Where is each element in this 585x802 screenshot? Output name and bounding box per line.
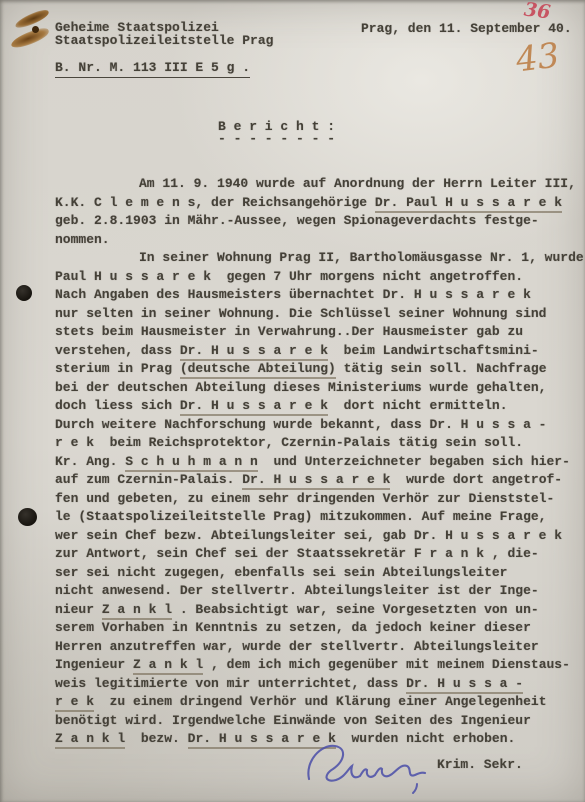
text-segment: , dem ich mich gegenüber mit meinem Dien… [203, 657, 570, 672]
document-line: nieur Z a n k l . Beabsichtigt war, sein… [55, 601, 584, 620]
text-segment: serem Vorhaben in Kenntnis zu setzen, da… [55, 620, 531, 635]
document-line: zur Antwort, sein Chef sei der Staatssek… [55, 545, 584, 564]
text-segment: doch liess sich [55, 398, 180, 413]
dateline: Prag, den 11. September 40. [361, 21, 572, 36]
text-segment: tätig sein soll. Nachfrage [336, 361, 547, 376]
text-segment: nieur [55, 602, 102, 617]
document-line: stets beim Hausmeister in Verwahrung..De… [55, 323, 584, 342]
text-segment: und Unterzeichneter begaben sich hier- [258, 454, 570, 469]
document-page: 36 43 Geheime Staatspolizei Staatspolize… [0, 0, 585, 802]
text-segment: nicht anwesend. Der stellvertr. Abteilun… [55, 583, 539, 598]
folio-number-ochre: 43 [514, 36, 562, 81]
reference-number: B. Nr. M. 113 III E 5 g . [55, 60, 250, 78]
document-line: verstehen, dass Dr. H u s s a r e k beim… [55, 342, 584, 361]
pencil-underlined-text: Dr. H u s s a r e k [180, 398, 328, 416]
punch-hole-top [16, 285, 32, 301]
document-line: nommen. [55, 231, 584, 250]
document-line: bei der deutschen Abteilung dieses Minis… [55, 379, 584, 398]
punch-hole-bottom [18, 508, 37, 526]
text-segment: Herren anzutreffen war, wurde der stellv… [55, 639, 539, 654]
text-segment: fen und gebeten, zu einem sehr dringende… [55, 491, 554, 506]
text-segment: In seiner Wohnung Prag II, Bartholomäusg… [139, 250, 584, 265]
document-line: le (Staatspolizeileitstelle Prag) mitzuk… [55, 508, 584, 527]
document-line: fen und gebeten, zu einem sehr dringende… [55, 490, 584, 509]
pencil-underlined-text: Dr. H u s s a r e k [180, 343, 328, 361]
text-segment: benötigt wird. Irgendwelche Einwände von… [55, 713, 531, 728]
report-title-underline: - - - - - - - - [218, 131, 335, 146]
text-segment: wurde dort angetrof- [390, 472, 562, 487]
document-line: serem Vorhaben in Kenntnis zu setzen, da… [55, 619, 584, 638]
document-line: doch liess sich Dr. H u s s a r e k dort… [55, 397, 584, 416]
text-segment: Paul H u s s a r e k gegen 7 Uhr morgens… [55, 269, 523, 284]
document-line: nicht anwesend. Der stellvertr. Abteilun… [55, 582, 584, 601]
pencil-underlined-text: Dr. H u s s a - [406, 676, 523, 694]
text-segment: verstehen, dass [55, 343, 180, 358]
text-segment: zur Antwort, sein Chef sei der Staatssek… [55, 546, 539, 561]
pencil-underlined-text: Z a n k l [55, 731, 125, 749]
document-line: wer sein Chef bezw. Abteilungsleiter sei… [55, 527, 584, 546]
text-segment: stets beim Hausmeister in Verwahrung..De… [55, 324, 523, 339]
document-line: Herren anzutreffen war, wurde der stellv… [55, 638, 584, 657]
text-segment: r e k beim Reichsprotektor, Czernin-Pala… [55, 435, 523, 450]
pencil-underlined-text: Dr. Paul H u s s a r e k [375, 195, 562, 213]
signer-rank-label: Krim. Sekr. [437, 757, 523, 772]
document-line: benötigt wird. Irgendwelche Einwände von… [55, 712, 584, 731]
document-line: Am 11. 9. 1940 wurde auf Anordnung der H… [55, 175, 584, 194]
text-segment: K.K. C l e m e n s, der Reichsangehörige [55, 195, 375, 210]
document-line: Durch weitere Nachforschung wurde bekann… [55, 416, 584, 435]
text-segment: bezw. [125, 731, 187, 746]
document-line: ser sei nicht zugegen, ebenfalls sei sei… [55, 564, 584, 583]
report-body: Am 11. 9. 1940 wurde auf Anordnung der H… [55, 175, 584, 749]
document-line: In seiner Wohnung Prag II, Bartholomäusg… [55, 249, 584, 268]
rust-stain-streak [9, 26, 51, 51]
text-segment: nommen. [55, 232, 110, 247]
text-segment: Kr. Ang. [55, 454, 125, 469]
document-line: geb. 2.8.1903 in Mähr.-Aussee, wegen Spi… [55, 212, 584, 231]
pencil-underlined-text: r e k [55, 694, 94, 712]
document-line: r e k beim Reichsprotektor, Czernin-Pala… [55, 434, 584, 453]
signature-handwritten [303, 739, 441, 797]
document-line: r e k zu einem dringend Verhör und Kläru… [55, 693, 584, 712]
rust-stain [6, 6, 58, 58]
text-segment: beim Landwirtschaftsmini- [328, 343, 539, 358]
text-segment: bei der deutschen Abteilung dieses Minis… [55, 380, 546, 395]
document-line: Paul H u s s a r e k gegen 7 Uhr morgens… [55, 268, 584, 287]
document-line: Nach Angaben des Hausmeisters übernachte… [55, 286, 584, 305]
text-segment: geb. 2.8.1903 in Mähr.-Aussee, wegen Spi… [55, 213, 539, 228]
pencil-underlined-text: Z a n k l [102, 602, 172, 620]
rust-stain-speck [32, 26, 39, 33]
text-segment: ser sei nicht zugegen, ebenfalls sei sei… [55, 565, 507, 580]
pencil-underlined-text: S c h u h m a n n [125, 454, 258, 472]
document-line: Kr. Ang. S c h u h m a n n und Unterzeic… [55, 453, 584, 472]
text-segment: nur selten in seiner Wohnung. Die Schlüs… [55, 306, 546, 321]
document-line: nur selten in seiner Wohnung. Die Schlüs… [55, 305, 584, 324]
org-name-line2: Staatspolizeileitstelle Prag [55, 34, 273, 47]
text-segment: sterium in Prag [55, 361, 180, 376]
text-segment: Nach Angaben des Hausmeisters übernachte… [55, 287, 531, 302]
folio-number-red: 36 [523, 0, 552, 24]
text-segment: le (Staatspolizeileitstelle Prag) mitzuk… [55, 509, 546, 524]
document-line: sterium in Prag (deutsche Abteilung) tät… [55, 360, 584, 379]
document-line: K.K. C l e m e n s, der Reichsangehörige… [55, 194, 584, 213]
text-segment: Durch weitere Nachforschung wurde bekann… [55, 417, 546, 432]
pencil-underlined-text: Z a n k l [133, 657, 203, 675]
text-segment: weis legitimierte von mir unterrichtet, … [55, 676, 406, 691]
text-segment: wer sein Chef bezw. Abteilungsleiter sei… [55, 528, 562, 543]
pencil-underlined-text: Dr. H u s s a r e k [242, 472, 390, 490]
text-segment: . Beabsichtigt war, seine Vorgesetzten v… [172, 602, 539, 617]
pencil-underlined-text: (deutsche Abteilung) [180, 361, 336, 379]
text-segment: dort nicht ermitteln. [328, 398, 507, 413]
text-segment: Am 11. 9. 1940 wurde auf Anordnung der H… [139, 176, 576, 191]
text-segment: zu einem dringend Verhör und Klärung ein… [94, 694, 546, 709]
document-line: Ingenieur Z a n k l , dem ich mich gegen… [55, 656, 584, 675]
text-segment: auf zum Czernin-Palais. [55, 472, 242, 487]
document-line: auf zum Czernin-Palais. Dr. H u s s a r … [55, 471, 584, 490]
text-segment: Ingenieur [55, 657, 133, 672]
document-line: weis legitimierte von mir unterrichtet, … [55, 675, 584, 694]
